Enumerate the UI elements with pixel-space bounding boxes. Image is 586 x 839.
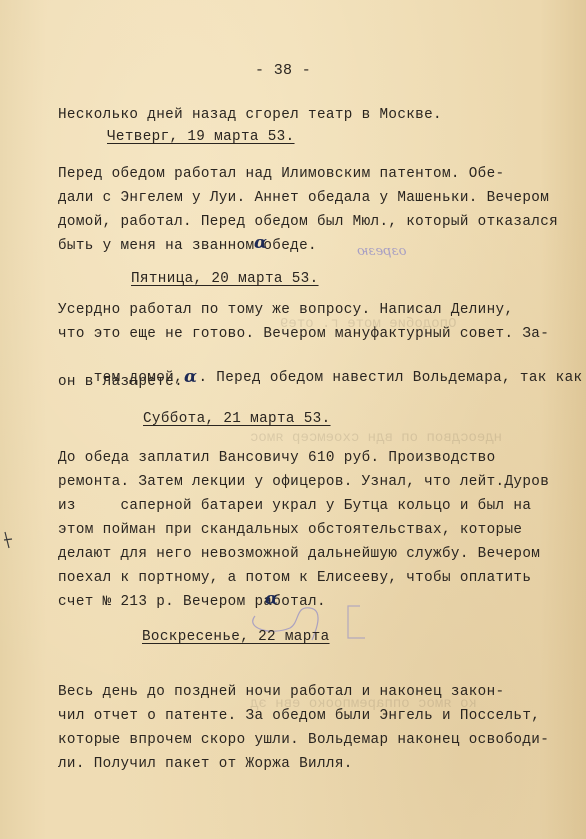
- intro-line: Несколько дней назад сгорел театр в Моск…: [58, 106, 442, 124]
- text-line: домой, работал. Перед обедом был Мюл., к…: [58, 213, 558, 231]
- text-line: Перед обедом работал над Илимовским пате…: [58, 165, 504, 183]
- text-line: чил отчет о патенте. За обедом были Энге…: [58, 707, 540, 725]
- margin-mark: [2, 530, 16, 550]
- text-line: дали с Энгелем у Луи. Аннет обедала у Ма…: [58, 189, 549, 207]
- text-line: поехал к портному, а потом к Елисееву, ч…: [58, 569, 531, 587]
- text-line: ремонта. Затем лекции у офицеров. Узнал,…: [58, 473, 549, 491]
- text-line: из саперной батареи украл у Бутца кольцо…: [58, 497, 531, 515]
- text-line: Весь день до поздней ночи работал и нако…: [58, 683, 504, 701]
- entry-heading-sunday: Воскресенье, 22 марта: [142, 628, 330, 646]
- text-line: До обеда заплатил Вансовичу 610 руб. Про…: [58, 449, 496, 467]
- entry-heading-friday: Пятница, 20 марта 53.: [131, 270, 319, 288]
- ink-mark: α: [254, 233, 267, 253]
- page-number: - 38 -: [255, 62, 311, 80]
- text-line: быть у меня на званном обеде.: [58, 237, 317, 255]
- ink-mark: α: [184, 367, 197, 387]
- text-line: он в лазарете.: [58, 373, 183, 391]
- entry-heading-saturday: Суббота, 21 марта 53.: [143, 410, 331, 428]
- bleed-through-text: ндеосдвоп оп вдн схоемсер ямос: [250, 430, 502, 446]
- entry-heading-thursday: Четверг, 19 марта 53.: [107, 128, 295, 146]
- text-line: Усердно работал по тому же вопросу. Напи…: [58, 301, 513, 319]
- text-fragment: . Перед обедом навестил Вольдемара, так …: [198, 370, 582, 386]
- text-line: этом пойман при скандальных обстоятельст…: [58, 521, 522, 539]
- pencil-annotation: озрезю: [357, 244, 406, 259]
- text-line: ли. Получил пакет от Жоржа Вилля.: [58, 755, 353, 773]
- document-page: Оподобие моте г. оте9 ндеосдвоп оп вдн с…: [0, 0, 586, 839]
- text-line: что это еще не готово. Вечером мануфакту…: [58, 325, 549, 343]
- text-line: делают для него невозможной дальнейшую с…: [58, 545, 540, 563]
- text-line: которые впрочем скоро ушли. Вольдемар на…: [58, 731, 549, 749]
